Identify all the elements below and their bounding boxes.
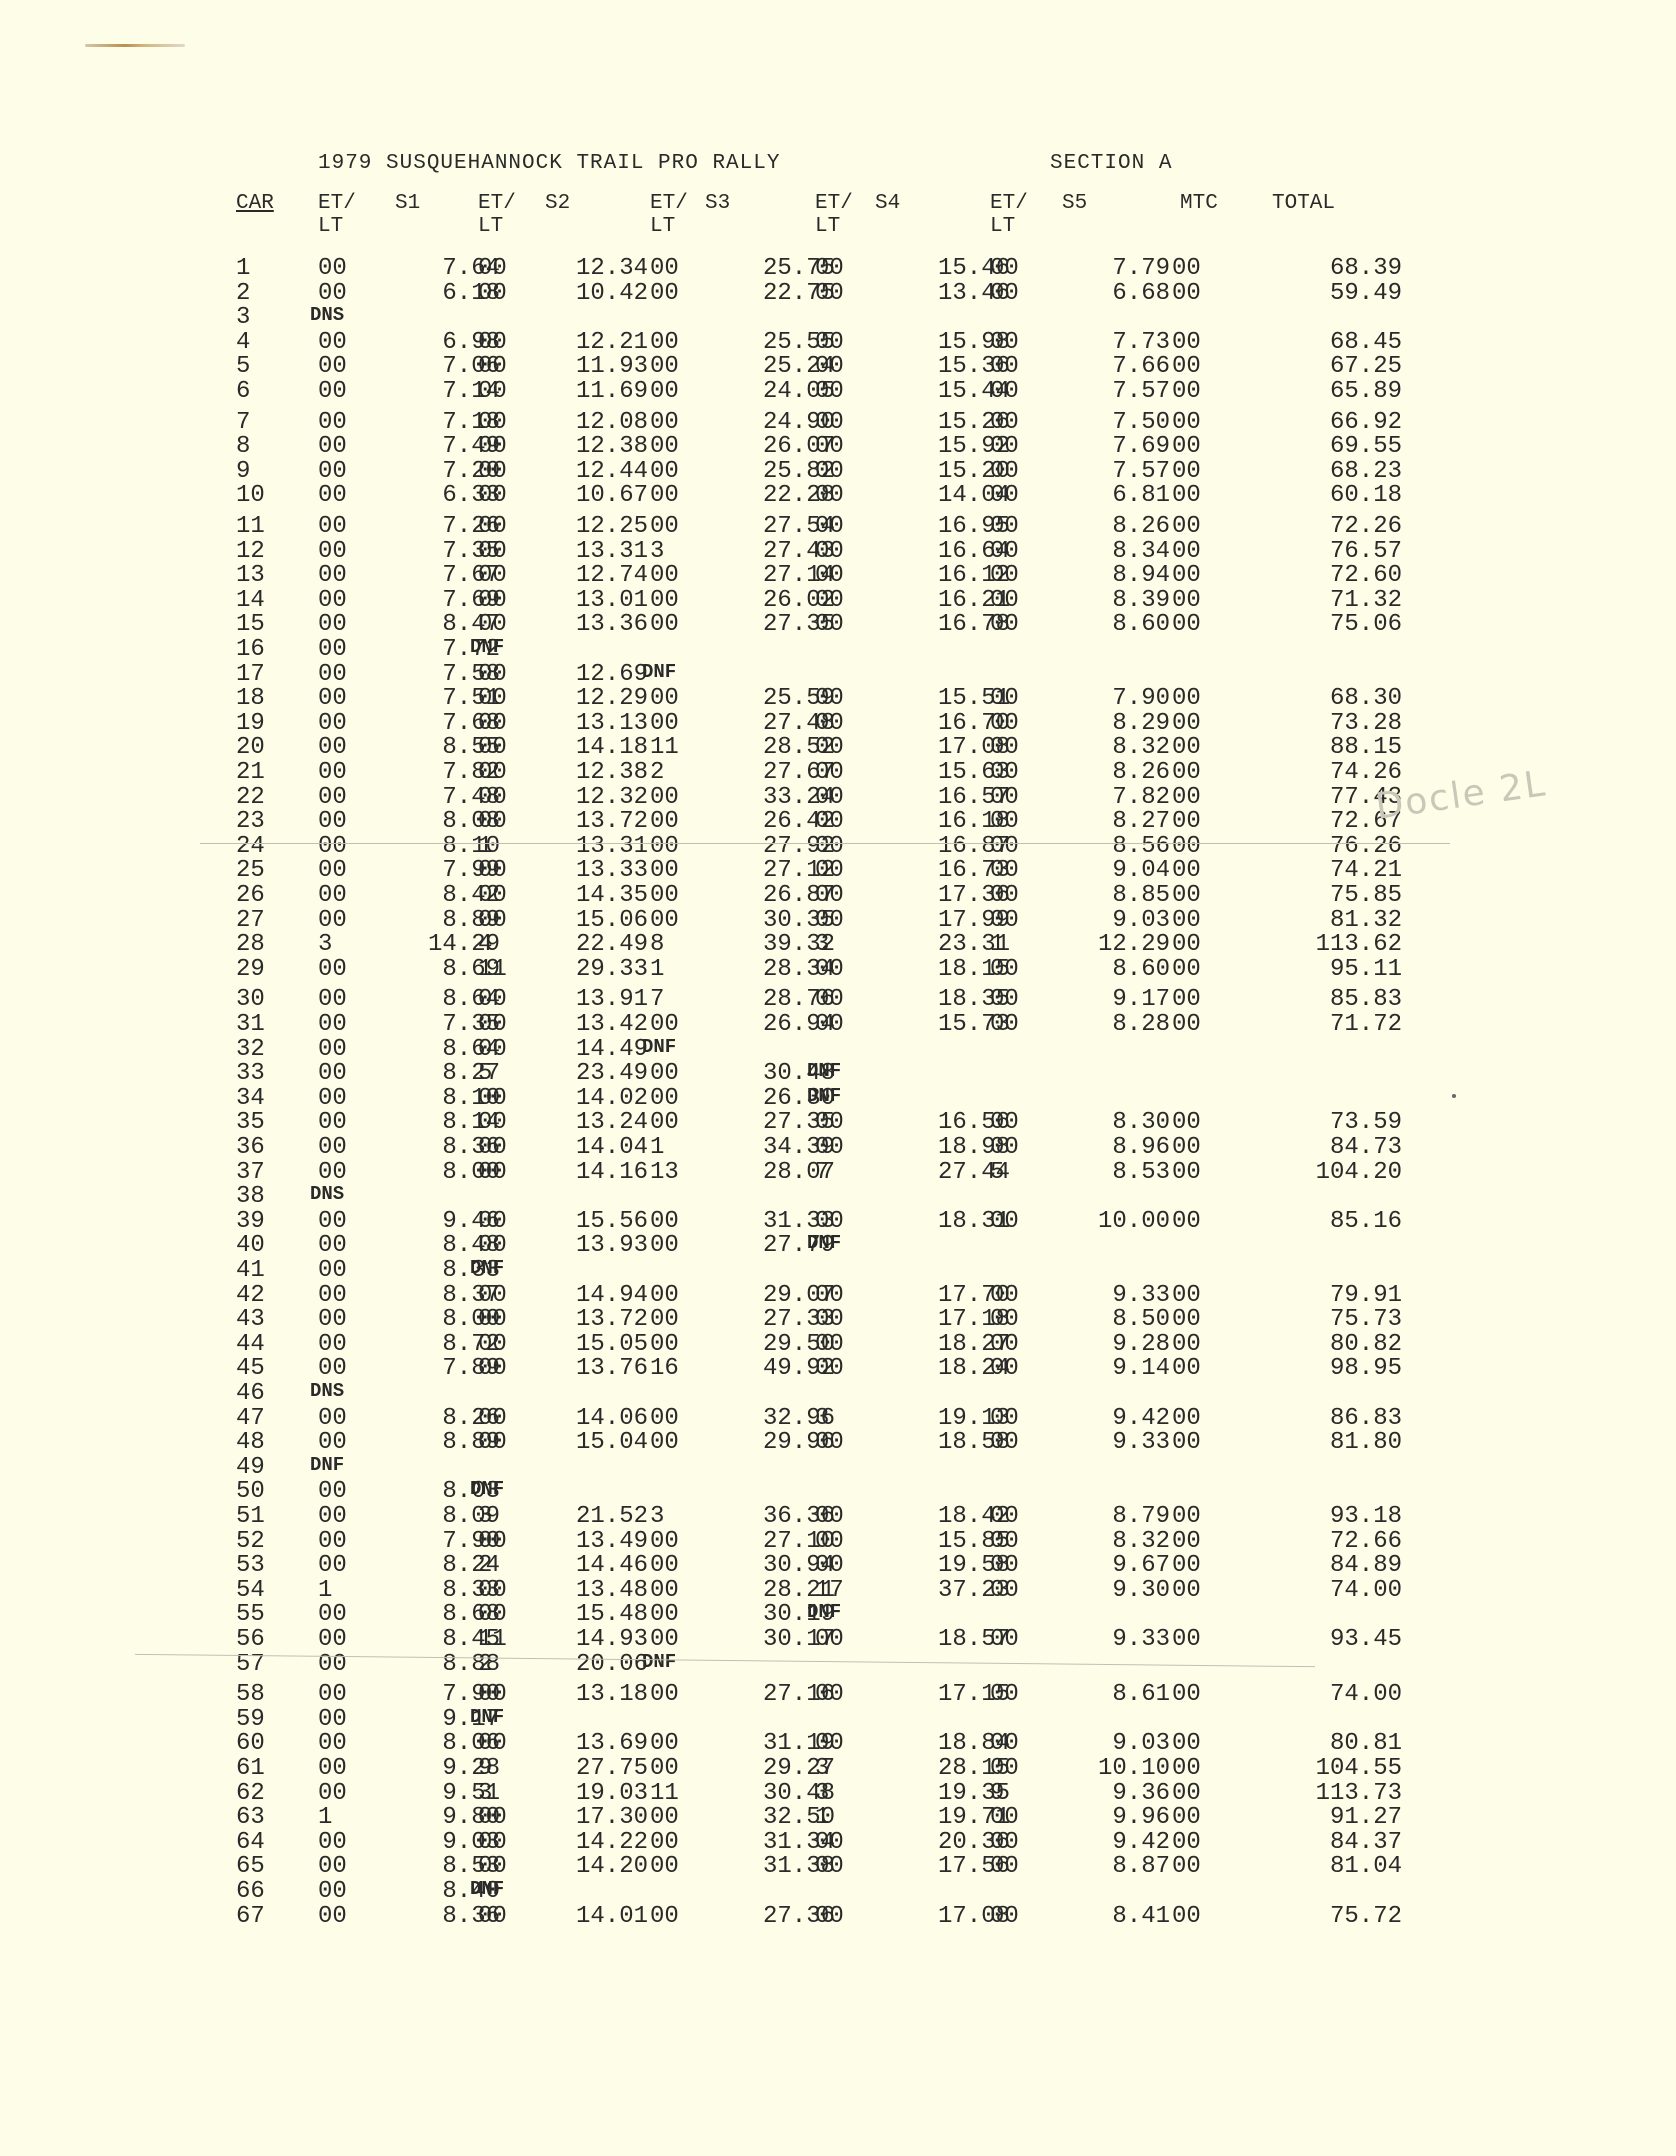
cell-et2: 2 [478,1651,492,1678]
cell-et5: 00 [990,1503,1019,1530]
cell-total: 80.81 [1330,1730,1402,1757]
cell-car: 52 [236,1528,265,1555]
cell-et4: 00 [815,538,844,565]
cell-et3: 00 [650,409,679,436]
cell-s5: 8.29 [1112,710,1170,737]
cell-et2: 00 [478,329,507,356]
table-row: 13007.670012.740027.140016.12008.940072.… [0,562,1676,586]
cell-car: 30 [236,986,265,1013]
cell-et2: 00 [478,458,507,485]
cell-total: 85.83 [1330,986,1402,1013]
cell-car: 18 [236,685,265,712]
cell-et2: 00 [478,538,507,565]
cell-et5: 00 [990,280,1019,307]
column-header-et3: ET/ LT [650,192,688,238]
cell-et4: 3 [815,1405,829,1432]
cell-s2: 27.75 [576,1755,648,1782]
cell-total: 86.83 [1330,1405,1402,1432]
cell-car: 62 [236,1780,265,1807]
cell-s5: 8.26 [1112,513,1170,540]
table-row: 20008.550014.181128.520017.08008.320088.… [0,734,1676,758]
table-row: 1007.640012.340025.750015.46007.790068.3… [0,255,1676,279]
cell-et5: 00 [990,784,1019,811]
cell-et5: 00 [990,1853,1019,1880]
cell-s2: 14.06 [576,1405,648,1432]
status-dnf: DNF [642,1036,676,1058]
cell-total: 74.26 [1330,759,1402,786]
cell-et2: 00 [478,409,507,436]
table-row: 53008.24214.460030.940019.58009.670084.8… [0,1552,1676,1576]
cell-s5: 7.73 [1112,329,1170,356]
cell-s2: 12.32 [576,784,648,811]
cell-et1: 00 [318,636,347,663]
cell-et4: 00 [815,1528,844,1555]
cell-car: 67 [236,1903,265,1930]
cell-s2: 13.24 [576,1109,648,1136]
cell-et1: 00 [318,409,347,436]
cell-mtc: 00 [1172,857,1201,884]
cell-s2: 12.38 [576,433,648,460]
cell-et4: 00 [815,1681,844,1708]
cell-mtc: 00 [1172,956,1201,983]
cell-s2: 15.04 [576,1429,648,1456]
cell-mtc: 00 [1172,1903,1201,1930]
cell-total: 93.45 [1330,1626,1402,1653]
cell-s5: 8.41 [1112,1903,1170,1930]
cell-et3: 00 [650,1429,679,1456]
cell-et2: 00 [478,1011,507,1038]
cell-et5: 00 [990,433,1019,460]
cell-et1: 00 [318,1651,347,1678]
cell-et1: 3 [318,931,332,958]
cell-et1: 00 [318,710,347,737]
cell-s5: 7.50 [1112,409,1170,436]
cell-mtc: 00 [1172,1134,1201,1161]
table-row: 42008.370014.940029.070017.70009.330079.… [0,1282,1676,1306]
cell-et4: 00 [815,1331,844,1358]
cell-et4: 1 [815,1804,829,1831]
cell-s5: 8.50 [1112,1306,1170,1333]
cell-et3: 00 [650,1060,679,1087]
cell-et2: 00 [478,611,507,638]
cell-et5: 00 [990,1282,1019,1309]
cell-mtc: 00 [1172,1282,1201,1309]
cell-s5: 8.27 [1112,808,1170,835]
table-row: 11007.260012.250027.540016.95008.260072.… [0,513,1676,537]
cell-et4: 3 [815,931,829,958]
cell-mtc: 00 [1172,734,1201,761]
cell-et2: 9 [478,1755,492,1782]
cell-et1: 00 [318,1681,347,1708]
cell-et4: 00 [815,482,844,509]
cell-et2: 00 [478,1577,507,1604]
cell-et3: 00 [650,353,679,380]
cell-car: 17 [236,661,265,688]
table-row: 48008.890015.040029.960018.58009.330081.… [0,1429,1676,1453]
cell-et3: 00 [650,1109,679,1136]
cell-et4: 00 [815,1208,844,1235]
cell-et3: 1 [650,956,664,983]
cell-et1: 00 [318,661,347,688]
table-row: 14007.690013.010026.020016.21008.390071.… [0,587,1676,611]
cell-et3: 00 [650,1306,679,1333]
cell-et5: 00 [990,458,1019,485]
cell-total: 67.25 [1330,353,1402,380]
cell-et4: 00 [815,458,844,485]
cell-et5: 1 [990,931,1004,958]
cell-mtc: 00 [1172,1780,1201,1807]
cell-et4: 00 [815,1853,844,1880]
cell-et5: 00 [990,1331,1019,1358]
cell-et4: 00 [815,378,844,405]
cell-et4: 00 [815,808,844,835]
cell-et3: 00 [650,1232,679,1259]
cell-car: 41 [236,1257,265,1284]
status-dnf: DNF [470,636,504,658]
cell-s2: 12.08 [576,409,648,436]
cell-et3: 00 [650,280,679,307]
cell-et3: 00 [650,1681,679,1708]
cell-et4: 00 [815,1306,844,1333]
cell-et1: 00 [318,513,347,540]
cell-car: 31 [236,1011,265,1038]
cell-et1: 00 [318,1282,347,1309]
cell-et1: 00 [318,1730,347,1757]
status-dnf: DNF [807,1085,841,1107]
cell-total: 104.20 [1316,1159,1402,1186]
cell-mtc: 00 [1172,482,1201,509]
cell-et4: 00 [815,1134,844,1161]
table-row: 29008.691129.33128.340018.15008.600095.1… [0,956,1676,980]
cell-et1: 00 [318,685,347,712]
cell-et1: 00 [318,907,347,934]
cell-mtc: 00 [1172,1405,1201,1432]
cell-car: 56 [236,1626,265,1653]
cell-et1: 00 [318,1528,347,1555]
cell-et2: 2 [478,1552,492,1579]
table-row: 46DNS [0,1380,1676,1404]
cell-et5: 00 [990,1208,1019,1235]
cell-et5: 00 [990,1626,1019,1653]
cell-et2: 00 [478,562,507,589]
cell-et4: 00 [815,1282,844,1309]
cell-et4: 17 [815,1577,844,1604]
cell-s5: 9.28 [1112,1331,1170,1358]
cell-total: 65.89 [1330,378,1402,405]
cell-total: 88.15 [1330,734,1402,761]
cell-et4: 3 [815,1755,829,1782]
cell-mtc: 00 [1172,808,1201,835]
cell-et4: 00 [815,1011,844,1038]
cell-et3: 00 [650,857,679,884]
cell-car: 45 [236,1355,265,1382]
cell-s5: 7.66 [1112,353,1170,380]
cell-s5: 6.81 [1112,482,1170,509]
cell-s5: 8.32 [1112,1528,1170,1555]
cell-mtc: 00 [1172,458,1201,485]
cell-et2: 00 [478,1681,507,1708]
cell-et1: 00 [318,986,347,1013]
table-row: 64009.030014.220031.340020.36009.420084.… [0,1829,1676,1853]
cell-et5: 00 [990,1804,1019,1831]
cell-et4: 00 [815,329,844,356]
cell-et3: 00 [650,255,679,282]
cell-et3: 2 [650,759,664,786]
cell-et4: 00 [815,1109,844,1136]
cell-car: 27 [236,907,265,934]
cell-total: 66.92 [1330,409,1402,436]
cell-et3: 00 [650,587,679,614]
cell-et3: 00 [650,1853,679,1880]
cell-car: 60 [236,1730,265,1757]
cell-total: 104.55 [1316,1755,1402,1782]
cell-mtc: 00 [1172,1730,1201,1757]
table-row: 15008.470013.360027.350016.78008.600075.… [0,611,1676,635]
cell-s5: 8.56 [1112,833,1170,860]
cell-et1: 00 [318,255,347,282]
table-row: 30008.640013.91728.760018.35009.170085.8… [0,986,1676,1010]
cell-et3: 00 [650,458,679,485]
cell-et1: 00 [318,1552,347,1579]
cell-s2: 15.56 [576,1208,648,1235]
cell-et3: 1 [650,1134,664,1161]
cell-total: 74.00 [1330,1577,1402,1604]
cell-et2: 00 [478,857,507,884]
cell-s5: 8.60 [1112,956,1170,983]
cell-et3: 00 [650,685,679,712]
column-header-s2: S2 [545,192,570,215]
cell-total: 75.85 [1330,882,1402,909]
cell-et2: 4 [478,931,492,958]
cell-et5: 00 [990,1681,1019,1708]
cell-s2: 23.49 [576,1060,648,1087]
cell-et5: 00 [990,562,1019,589]
cell-et1: 00 [318,1429,347,1456]
status-dnf: DNF [807,1601,841,1623]
cell-et5: 00 [990,255,1019,282]
column-header-s1: S1 [395,192,420,215]
cell-s2: 15.06 [576,907,648,934]
cell-s2: 14.22 [576,1829,648,1856]
status-dnf: DNF [310,1454,344,1476]
cell-et5: 00 [990,685,1019,712]
cell-et1: 00 [318,1257,347,1284]
cell-car: 54 [236,1577,265,1604]
cell-et1: 00 [318,1355,347,1382]
cell-mtc: 00 [1172,255,1201,282]
cell-mtc: 00 [1172,710,1201,737]
cell-car: 36 [236,1134,265,1161]
cell-mtc: 00 [1172,513,1201,540]
cell-s2: 29.33 [576,956,648,983]
table-row: 51008.09321.52336.360018.42008.790093.18 [0,1503,1676,1527]
table-row: 38DNS [0,1183,1676,1207]
table-row: 52007.900013.490027.100015.85008.320072.… [0,1528,1676,1552]
table-row: 45007.890013.761649.920018.24009.140098.… [0,1355,1676,1379]
cell-mtc: 00 [1172,1208,1201,1235]
cell-s2: 12.44 [576,458,648,485]
status-dnf: DNF [642,661,676,683]
cell-car: 4 [236,329,250,356]
cell-mtc: 00 [1172,562,1201,589]
cell-et4: 00 [815,1503,844,1530]
cell-mtc: 00 [1172,409,1201,436]
cell-et1: 00 [318,734,347,761]
cell-et2: 00 [478,1306,507,1333]
cell-s2: 12.34 [576,255,648,282]
cell-et1: 00 [318,759,347,786]
cell-et3: 00 [650,1208,679,1235]
cell-et1: 00 [318,1878,347,1905]
cell-et3: 00 [650,784,679,811]
cell-car: 47 [236,1405,265,1432]
cell-s5: 8.85 [1112,882,1170,909]
cell-s5: 8.53 [1112,1159,1170,1186]
cell-et3: 00 [650,833,679,860]
cell-s2: 13.36 [576,611,648,638]
cell-s2: 13.18 [576,1681,648,1708]
cell-mtc: 00 [1172,587,1201,614]
cell-et2: 00 [478,1331,507,1358]
table-row: 2006.180010.420022.750013.46006.680059.4… [0,280,1676,304]
cell-total: 76.57 [1330,538,1402,565]
cell-s2: 15.05 [576,1331,648,1358]
cell-et3: 16 [650,1355,679,1382]
cell-car: 13 [236,562,265,589]
cell-s5: 9.03 [1112,1730,1170,1757]
table-row: 12007.350013.31327.430016.64008.340076.5… [0,538,1676,562]
table-row: 39009.460015.560031.330018.310010.000085… [0,1208,1676,1232]
cell-car: 16 [236,636,265,663]
cell-total: 68.45 [1330,329,1402,356]
status-dns: DNS [310,1183,344,1205]
cell-et3: 00 [650,433,679,460]
status-dns: DNS [310,1380,344,1402]
cell-et2: 00 [478,1232,507,1259]
cell-et5: 00 [990,353,1019,380]
cell-et4: 00 [815,611,844,638]
table-row: 27008.890015.060030.350017.99009.030081.… [0,907,1676,931]
staple-mark [85,44,185,47]
cell-et2: 11 [478,956,507,983]
cell-et1: 1 [318,1577,332,1604]
cell-s2: 13.72 [576,808,648,835]
cell-car: 35 [236,1109,265,1136]
cell-mtc: 00 [1172,378,1201,405]
table-row: 18007.510012.290025.590015.51007.900068.… [0,685,1676,709]
cell-mtc: 00 [1172,784,1201,811]
cell-s5: 9.04 [1112,857,1170,884]
table-row: 60008.060013.690031.190018.84009.030080.… [0,1730,1676,1754]
cell-s2: 12.21 [576,329,648,356]
cell-et2: 00 [478,1109,507,1136]
cell-et2: 00 [478,907,507,934]
cell-mtc: 00 [1172,1552,1201,1579]
table-row: 55008.680015.480030.19DNF [0,1601,1676,1625]
table-row: 8007.490012.380026.070015.92007.690069.5… [0,433,1676,457]
cell-s2: 13.31 [576,833,648,860]
cell-mtc: 00 [1172,931,1201,958]
cell-et5: 00 [990,1528,1019,1555]
cell-et5: 00 [990,759,1019,786]
cell-et1: 00 [318,611,347,638]
cell-s2: 13.49 [576,1528,648,1555]
cell-et2: 00 [478,1829,507,1856]
cell-et3: 00 [650,1085,679,1112]
cell-total: 80.82 [1330,1331,1402,1358]
cell-car: 21 [236,759,265,786]
cell-s5: 9.30 [1112,1577,1170,1604]
cell-et1: 00 [318,1134,347,1161]
cell-et2: 00 [478,1429,507,1456]
cell-s5: 9.33 [1112,1282,1170,1309]
cell-et3: 00 [650,562,679,589]
cell-s2: 14.94 [576,1282,648,1309]
table-row: 59009.17DNF [0,1706,1676,1730]
cell-s5: 7.57 [1112,378,1170,405]
cell-total: 79.91 [1330,1282,1402,1309]
cell-et1: 00 [318,562,347,589]
cell-s2: 13.76 [576,1355,648,1382]
table-row: 32008.640014.49DNF [0,1036,1676,1060]
cell-s5: 7.90 [1112,685,1170,712]
cell-et4: 00 [815,734,844,761]
cell-s2: 13.42 [576,1011,648,1038]
cell-mtc: 00 [1172,280,1201,307]
cell-et1: 00 [318,1159,347,1186]
cell-et2: 3 [478,1780,492,1807]
table-row: 44008.720015.050029.500018.27009.280080.… [0,1331,1676,1355]
column-header-et2: ET/ LT [478,192,516,238]
cell-mtc: 00 [1172,538,1201,565]
cell-total: 93.18 [1330,1503,1402,1530]
cell-et5: 00 [990,710,1019,737]
cell-et4: 00 [815,759,844,786]
cell-s2: 13.91 [576,986,648,1013]
cell-et4: 00 [815,882,844,909]
cell-total: 113.73 [1316,1780,1402,1807]
cell-et1: 00 [318,1626,347,1653]
cell-et1: 00 [318,458,347,485]
column-header-mtc: MTC [1180,192,1218,215]
status-dnf: DNF [642,1651,676,1673]
cell-et5: 00 [990,611,1019,638]
cell-et3: 11 [650,1780,679,1807]
table-row: 62009.51319.031130.48319.3599.3600113.73 [0,1780,1676,1804]
cell-total: 60.18 [1330,482,1402,509]
cell-total: 71.72 [1330,1011,1402,1038]
cell-et5: 00 [990,329,1019,356]
cell-et2: 00 [478,353,507,380]
cell-car: 20 [236,734,265,761]
cell-total: 73.28 [1330,710,1402,737]
cell-et5: 00 [990,1109,1019,1136]
cell-mtc: 00 [1172,1829,1201,1856]
cell-et5: 00 [990,1011,1019,1038]
cell-s2: 13.33 [576,857,648,884]
cell-car: 26 [236,882,265,909]
cell-s2: 14.18 [576,734,648,761]
cell-et1: 00 [318,1036,347,1063]
status-dnf: DNF [807,1232,841,1254]
table-row: 67008.360014.010027.360017.08008.410075.… [0,1903,1676,1927]
cell-et2: 00 [478,784,507,811]
cell-et5: 5 [990,1159,1004,1186]
column-header-et1: ET/ LT [318,192,356,238]
table-row: 34008.100014.020026.30DNF [0,1085,1676,1109]
cell-et3: 00 [650,1405,679,1432]
cell-et4: 00 [815,255,844,282]
